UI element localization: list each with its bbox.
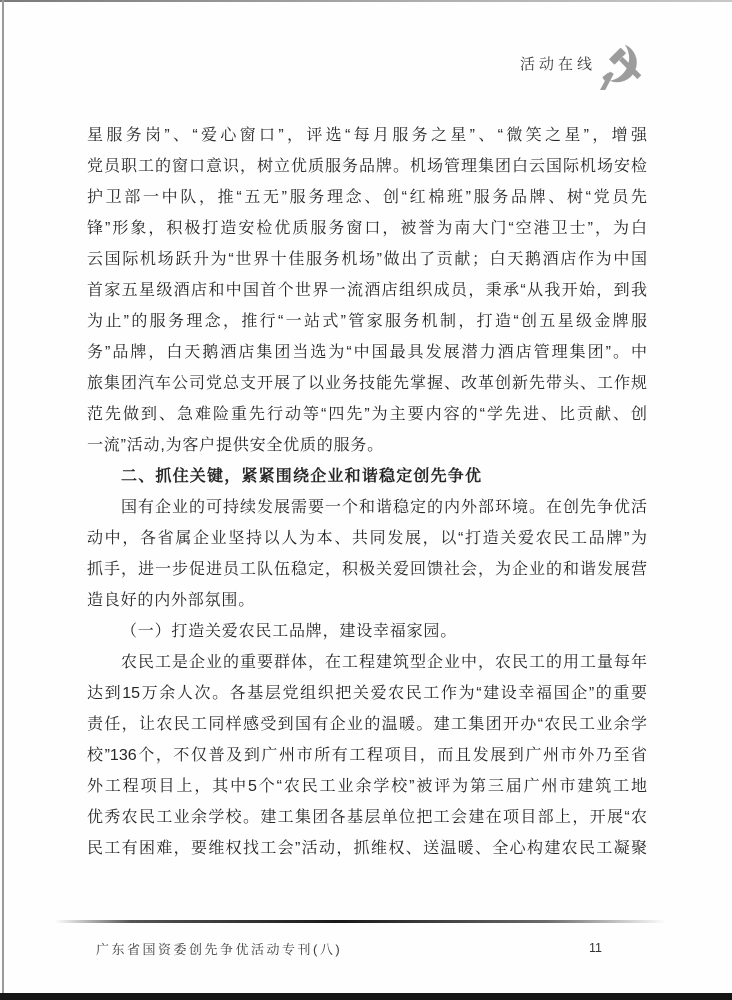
text-line: 旅集团汽车公司党总支开展了以业务技能先掌握、改革创新先带头、工作规 [87, 368, 647, 399]
text-line: 星服务岗”、“爱心窗口”，评选“每月服务之星”、“微笑之星”，增强 [87, 120, 647, 151]
scanned-document-page: 活动在线 星服务岗”、“爱心窗口”，评选“每月服务之星”、“微笑之星”，增强党员… [0, 0, 732, 1000]
text-line: 二、抓住关键，紧紧围绕企业和谐稳定创先争优 [87, 461, 647, 492]
text-line: 民工有困难，要维权找工会”活动，抓维权、送温暖、全心构建农民工凝聚 [87, 833, 647, 864]
scan-edge-bottom [0, 993, 732, 1000]
text-line: 抓手，进一步促进员工队伍稳定，积极关爱回馈社会，为企业的和谐发展营 [87, 554, 647, 585]
text-line: 动中，各省属企业坚持以人为本、共同发展，以“打造关爱农民工品牌”为 [87, 523, 647, 554]
text-line: 造良好的内外部氛围。 [87, 585, 647, 616]
journal-title: 广东省国资委创先争优活动专刊(八) [96, 939, 342, 958]
text-line: 优秀农民工业余学校。建工集团各基层单位把工会建在项目部上，开展“农 [87, 802, 647, 833]
text-line: 外工程项目上，其中5个“农民工业余学校”被评为第三届广州市建筑工地 [87, 771, 647, 802]
text-line: （一）打造关爱农民工品牌，建设幸福家园。 [87, 616, 647, 647]
text-line: 国有企业的可持续发展需要一个和谐稳定的内外部环境。在创先争优活 [87, 492, 647, 523]
text-line: 为止”的服务理念，推行“一站式”管家服务机制，打造“创五星级金牌服 [87, 306, 647, 337]
section-title: 活动在线 [520, 53, 596, 74]
text-line: 一流”活动,为客户提供安全优质的服务。 [87, 430, 647, 461]
text-line: 首家五星级酒店和中国首个世界一流酒店组织成员，秉承“从我开始，到我 [87, 275, 647, 306]
text-line: 锋”形象，积极打造安检优质服务窗口，被誉为南大门“空港卫士”，为白 [87, 213, 647, 244]
text-line: 责任，让农民工同样感受到国有企业的温暖。建工集团开办“农民工业余学 [87, 709, 647, 740]
text-line: 农民工是企业的重要群体，在工程建筑型企业中，农民工的用工量每年 [87, 647, 647, 678]
text-line: 党员职工的窗口意识，树立优质服务品牌。机场管理集团白云国际机场安检 [87, 151, 647, 182]
text-line: 护卫部一中队，推“五无”服务理念、创“红棉班”服务品牌、树“党员先 [87, 182, 647, 213]
body-text-block: 星服务岗”、“爱心窗口”，评选“每月服务之星”、“微笑之星”，增强党员职工的窗口… [87, 120, 647, 864]
scan-edge-top [0, 0, 732, 2]
footer-divider-line [55, 920, 685, 923]
text-line: 范先做到、急难险重先行动等“四先”为主要内容的“学先进、比贡献、创 [87, 399, 647, 430]
party-emblem-icon [597, 44, 651, 90]
text-line: 务”品牌，白天鹅酒店集团当选为“中国最具发展潜力酒店管理集团”。中 [87, 337, 647, 368]
text-line: 云国际机场跃升为“世界十佳服务机场”做出了贡献；白天鹅酒店作为中国 [87, 244, 647, 275]
text-line: 校”136个，不仅普及到广州市所有工程项目，而且发展到广州市外乃至省 [87, 740, 647, 771]
page-number: 11 [589, 941, 602, 955]
text-line: 达到15万余人次。各基层党组织把关爱农民工作为“建设幸福国企”的重要 [87, 678, 647, 709]
scan-edge-left [2, 0, 4, 1000]
